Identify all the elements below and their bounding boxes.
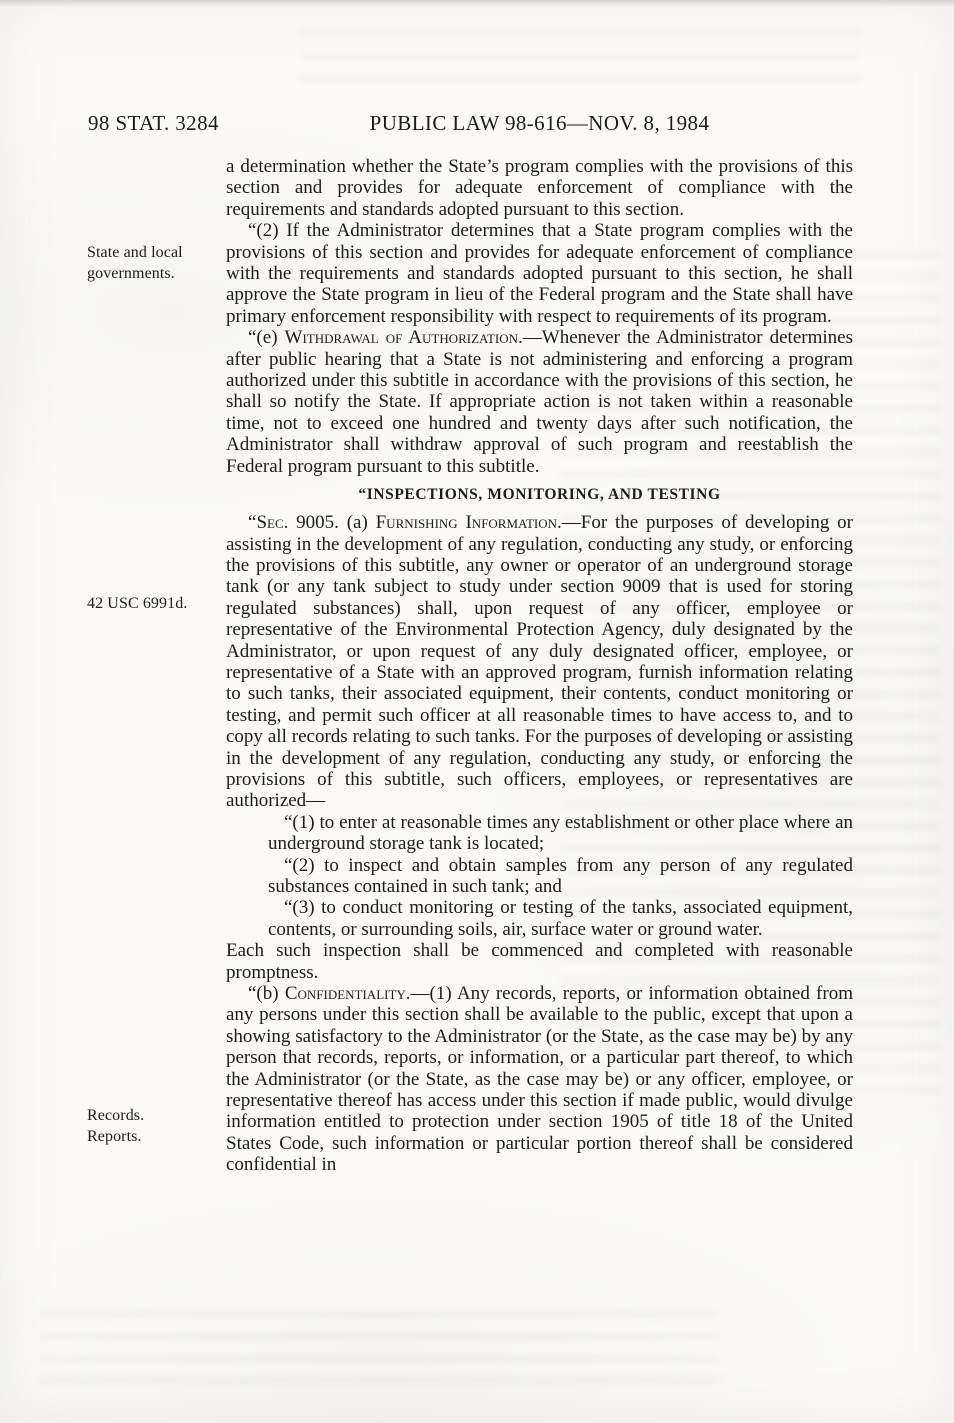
text-run: “(1) to enter at reasonable times any es… <box>268 812 853 854</box>
statute-text-column: a determination whether the State’s prog… <box>226 156 853 1176</box>
margin-note: State and localgovernments. <box>87 243 222 284</box>
statute-page: 98 STAT. 3284 PUBLIC LAW 98-616—NOV. 8, … <box>0 0 954 1423</box>
statute-subitem: “(3) to conduct monitoring or testing of… <box>268 897 853 940</box>
margin-note-line: 42 USC 6991d. <box>87 594 222 615</box>
law-title-wrap: PUBLIC LAW 98-616—NOV. 8, 1984 <box>226 111 853 136</box>
margin-note-line: Records. <box>87 1106 222 1127</box>
statute-paragraph: Each such inspection shall be commenced … <box>226 940 853 983</box>
text-run: 9005. (a) <box>288 512 375 533</box>
text-run: “(2) If the Administrator determines tha… <box>226 220 853 327</box>
text-run: “(e) <box>248 327 285 348</box>
bleed-through-texture <box>40 1310 720 1390</box>
text-run: .—Whenever the Administrator determines … <box>226 327 853 476</box>
stat-page-number: 98 STAT. 3284 <box>88 111 219 136</box>
text-run: “(b) <box>248 983 285 1004</box>
statute-paragraph: “(2) If the Administrator determines tha… <box>226 220 853 327</box>
public-law-title: PUBLIC LAW 98-616—NOV. 8, 1984 <box>370 111 710 135</box>
statute-paragraph: “Sec. 9005. (a) Furnishing Information.—… <box>226 512 853 812</box>
margin-note-line: governments. <box>87 264 222 285</box>
statute-paragraph: a determination whether the State’s prog… <box>226 156 853 220</box>
small-caps-run: Withdrawal of Authorization <box>285 327 519 348</box>
text-run: .—For the purposes of developing or assi… <box>226 512 853 811</box>
text-run: Each such inspection shall be commenced … <box>226 940 853 982</box>
text-run: “(2) to inspect and obtain samples from … <box>268 855 853 897</box>
text-run: a determination whether the State’s prog… <box>226 156 853 220</box>
margin-note: 42 USC 6991d. <box>87 594 222 615</box>
statute-subitem: “(2) to inspect and obtain samples from … <box>268 855 853 898</box>
statute-paragraph: “(e) Withdrawal of Authorization.—Whenev… <box>226 327 853 477</box>
text-run: .—(1) Any records, reports, or informati… <box>226 983 853 1175</box>
margin-note: Records.Reports. <box>87 1106 222 1147</box>
statute-paragraph: “(b) Confidentiality.—(1) Any records, r… <box>226 983 853 1176</box>
text-run: “(3) to conduct monitoring or testing of… <box>268 897 853 939</box>
small-caps-run: Sec. <box>256 512 288 533</box>
small-caps-run: Confidentiality <box>285 983 406 1004</box>
statute-subitem: “(1) to enter at reasonable times any es… <box>268 812 853 855</box>
margin-note-line: State and local <box>87 243 222 264</box>
section-heading: “INSPECTIONS, MONITORING, AND TESTING <box>226 486 853 504</box>
bleed-through-texture <box>300 30 860 90</box>
small-caps-run: Furnishing Information <box>376 512 557 533</box>
margin-note-line: Reports. <box>87 1127 222 1148</box>
